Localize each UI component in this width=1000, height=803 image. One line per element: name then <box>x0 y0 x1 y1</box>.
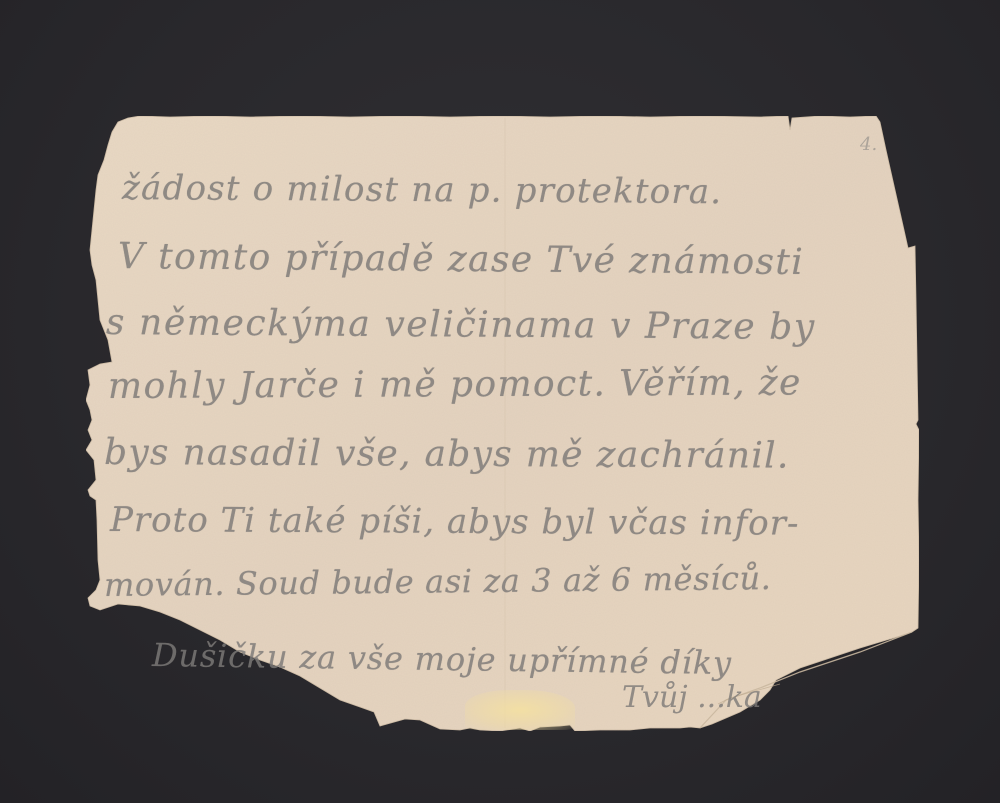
text-line-6: Proto Ti také píši, abys byl včas infor- <box>110 500 800 544</box>
page-number: 4. <box>860 134 877 155</box>
text-line-3: s německýma veličinama v Praze by <box>106 302 816 348</box>
signature: Tvůj ...ka <box>622 680 762 715</box>
document-scan: 4. žádost o milost na p. protektora. V t… <box>0 0 1000 803</box>
text-line-7: mován. Soud bude asi za 3 až 6 měsíců. <box>104 559 772 604</box>
text-line-2: V tomto případě zase Tvé známosti <box>118 236 805 283</box>
text-line-8: Dušičku za vše moje upřímné díky <box>152 636 732 682</box>
text-line-4: mohly Jarče i mě pomoct. Věřím, že <box>108 362 802 407</box>
text-line-5: bys nasadil vše, abys mě zachránil. <box>104 432 790 477</box>
paper-stain <box>465 690 575 730</box>
text-line-1: žádost o milost na p. protektora. <box>122 168 723 212</box>
